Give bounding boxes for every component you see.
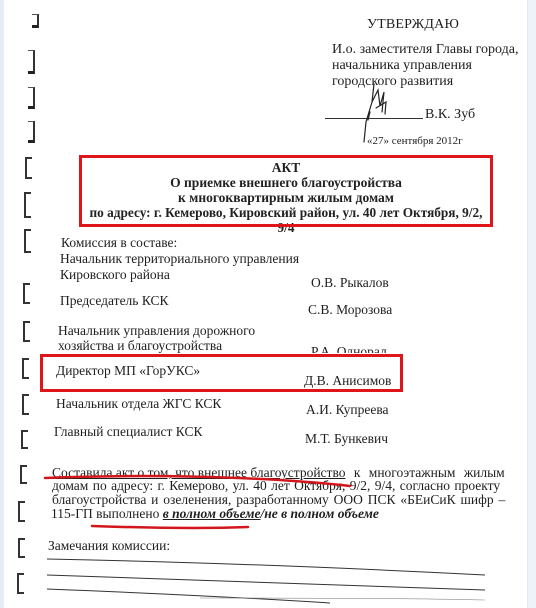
approval-signatory: В.К. Зуб xyxy=(425,107,475,122)
binding-mark xyxy=(18,538,25,558)
binding-mark xyxy=(24,192,31,218)
member-position: Председатель КСК xyxy=(60,293,169,308)
member-position: Начальник управления дорожного xyxy=(58,323,255,338)
title-highlight-box xyxy=(79,155,493,227)
remarks-label: Замечания комиссии: xyxy=(48,538,170,553)
member-position: Главный специалист КСК xyxy=(54,424,202,439)
binding-mark xyxy=(22,358,29,379)
approval-heading: УТВЕРЖДАЮ xyxy=(367,17,459,32)
member-position: хозяйства и благоустройства xyxy=(58,338,222,353)
member-position: Начальник территориального управления xyxy=(60,251,299,266)
member-name: С.В. Морозова xyxy=(308,302,392,317)
binding-mark xyxy=(18,501,25,522)
member-position: Кировского района xyxy=(60,267,170,282)
approval-position-line: И.о. заместителя Главы города, xyxy=(332,42,518,57)
conclusion-text: 115-ГП выполнено xyxy=(51,506,163,521)
binding-mark xyxy=(24,229,31,253)
commission-intro: Комиссия в составе: xyxy=(61,235,177,250)
conclusion-line: 115-ГП выполнено в полном объеме/не в по… xyxy=(51,506,379,521)
binding-mark xyxy=(21,430,28,449)
binding-mark xyxy=(23,283,30,304)
option-not-full: не в полном объеме xyxy=(264,506,379,521)
member-name: О.В. Рыкалов xyxy=(311,275,389,290)
member-position: Начальник отдела ЖГС КСК xyxy=(56,396,221,411)
binding-mark xyxy=(25,157,32,179)
conclusion-line: домам по адресу: г. Кемерово, ул. 40 лет… xyxy=(52,478,500,493)
binding-mark xyxy=(32,14,39,28)
binding-mark xyxy=(28,87,35,109)
approval-date: «27» сентября 2012г xyxy=(367,134,463,149)
member-name: М.Т. Бункевич xyxy=(305,431,388,446)
conclusion-line: благоустройства и озеленения, разработан… xyxy=(52,492,505,507)
binding-mark xyxy=(28,121,35,143)
binding-mark xyxy=(22,394,29,415)
option-selected-full: в полном объеме xyxy=(163,506,261,521)
member-name: А.И. Купреева xyxy=(306,402,389,417)
member-highlight-box xyxy=(40,354,403,392)
binding-mark xyxy=(20,465,27,484)
approval-position-line: начальника управления xyxy=(332,58,472,73)
scan-right-edge xyxy=(527,0,536,608)
binding-mark xyxy=(17,573,24,594)
binding-mark xyxy=(28,50,35,74)
binding-mark xyxy=(23,321,30,342)
